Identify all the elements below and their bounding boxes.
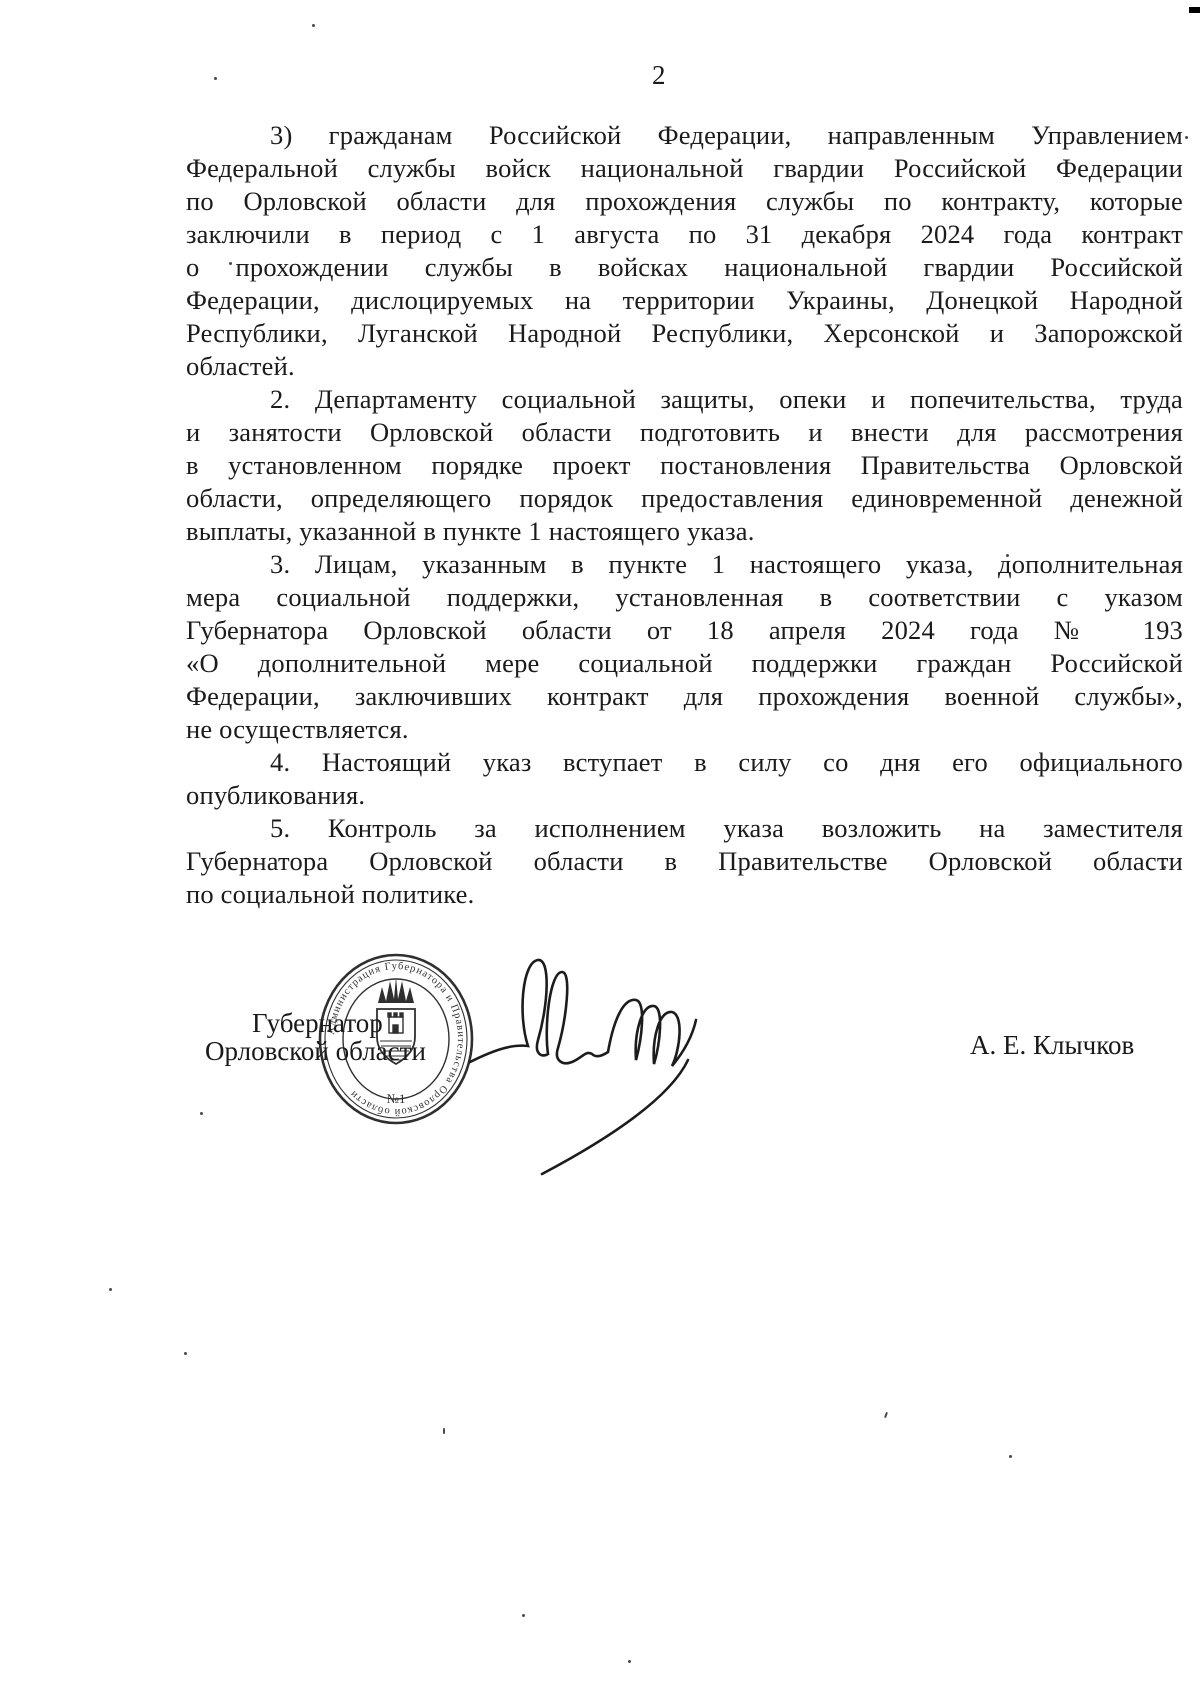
scan-speck <box>1185 136 1188 139</box>
text-line: Губернатора Орловской области от 18 апре… <box>186 614 1183 647</box>
text-line: областей. <box>186 350 1183 383</box>
paragraph-point-3: 3. Лицам, указанным в пункте 1 настоящег… <box>186 548 1183 746</box>
scan-speck <box>109 1288 112 1291</box>
text-line: Губернатора Орловской области в Правител… <box>186 845 1183 878</box>
text-line: заключили в период с 1 августа по 31 дек… <box>186 218 1183 251</box>
signer-name: А. Е. Клычков <box>970 1030 1134 1061</box>
scan-speck <box>522 1614 525 1617</box>
seal-number: №1 <box>387 1091 406 1106</box>
seal-tower-icon <box>388 1013 403 1033</box>
document-page: 2 3) гражданам Российской Федерации, нап… <box>0 0 1200 1703</box>
text-line: в установленном порядке проект постановл… <box>186 449 1183 482</box>
page-number: 2 <box>652 60 666 91</box>
text-line: Федерации, дислоцируемых на территории У… <box>186 284 1183 317</box>
text-line: и занятости Орловской области подготовит… <box>186 416 1183 449</box>
scan-speck <box>200 1112 203 1115</box>
text-line: 3) гражданам Российской Федерации, напра… <box>186 119 1183 152</box>
text-line: 5. Контроль за исполнением указа возложи… <box>186 812 1183 845</box>
scan-speck <box>884 1412 888 1418</box>
seal-hatching <box>380 1041 412 1060</box>
scan-artifact-mark <box>1189 7 1200 13</box>
text-line: Федеральной службы войск национальной гв… <box>186 152 1183 185</box>
scan-speck <box>1009 1455 1012 1458</box>
text-line: не осуществляется. <box>186 713 1183 746</box>
scan-speck <box>1006 554 1009 557</box>
text-line: по Орловской области для прохождения слу… <box>186 185 1183 218</box>
paragraph-item-3: 3) гражданам Российской Федерации, напра… <box>186 119 1183 383</box>
text-line: Республики, Луганской Народной Республик… <box>186 317 1183 350</box>
text-line: мера социальной поддержки, установленная… <box>186 581 1183 614</box>
text-line: области, определяющего порядок предостав… <box>186 482 1183 515</box>
paragraph-point-2: 2. Департаменту социальной защиты, опеки… <box>186 383 1183 548</box>
text-line: о прохождении службы в войсках националь… <box>186 251 1183 284</box>
decree-text: 3) гражданам Российской Федерации, напра… <box>186 119 1183 911</box>
text-line: 3. Лицам, указанным в пункте 1 настоящег… <box>186 548 1183 581</box>
scan-speck <box>443 1428 445 1434</box>
scan-speck <box>214 77 217 80</box>
paragraph-point-4: 4. Настоящий указ вступает в силу со дня… <box>186 746 1183 812</box>
text-line: Федерации, заключивших контракт для прох… <box>186 680 1183 713</box>
text-line: выплаты, указанной в пункте 1 настоящего… <box>186 515 1183 548</box>
text-line: опубликования. <box>186 779 1183 812</box>
text-line: 4. Настоящий указ вступает в силу со дня… <box>186 746 1183 779</box>
text-line: «О дополнительной мере социальной поддер… <box>186 647 1183 680</box>
text-line: 2. Департаменту социальной защиты, опеки… <box>186 383 1183 416</box>
scan-speck <box>312 24 315 27</box>
scan-speck <box>229 262 232 265</box>
scan-speck <box>1163 866 1166 869</box>
signature-stroke <box>448 898 740 1190</box>
paragraph-point-5: 5. Контроль за исполнением указа возложи… <box>186 812 1183 911</box>
scan-speck <box>184 1352 187 1355</box>
scan-speck <box>628 1660 631 1663</box>
